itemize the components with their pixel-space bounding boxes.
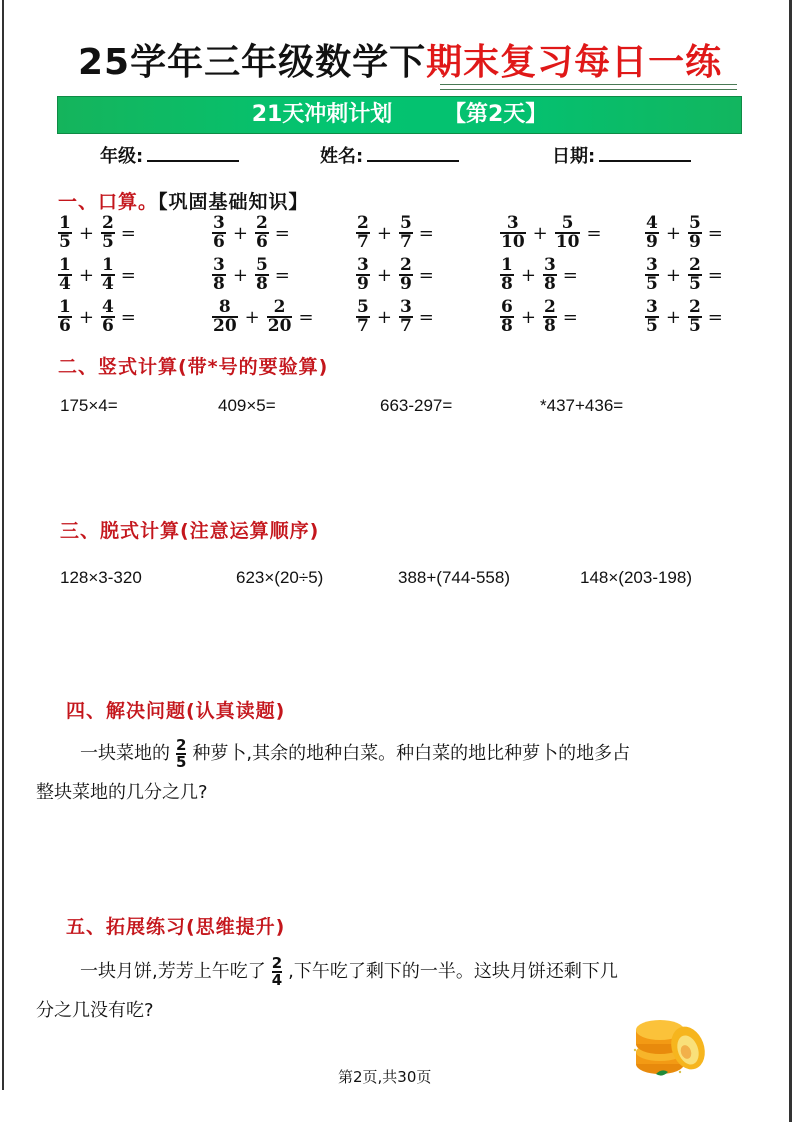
grade-label: 年级:: [100, 146, 143, 167]
fraction-addition: 35+25=: [645, 254, 723, 296]
plus-sign: +: [521, 265, 536, 286]
plus-sign: +: [79, 307, 94, 328]
equals-sign: =: [121, 265, 136, 286]
banner-day-label: 【第2天】: [444, 102, 547, 127]
fraction-numerator: 3: [645, 299, 659, 316]
fraction: 310: [500, 215, 526, 251]
fraction-denominator: 5: [176, 755, 186, 770]
plan-banner: 21天冲刺计划 【第2天】: [57, 96, 742, 134]
problem-5-fraction: 24: [272, 956, 282, 988]
fraction-numerator: 2: [399, 257, 413, 274]
fraction-numerator: 2: [688, 299, 702, 316]
section-1-title: 一、口算。【巩固基础知识】: [58, 187, 309, 214]
fraction-numerator: 1: [58, 215, 72, 232]
fraction: 25: [101, 215, 115, 251]
date-blank[interactable]: [599, 142, 691, 162]
mooncake-icon: [630, 1012, 720, 1092]
vertical-calc-item: *437+436=: [540, 396, 623, 416]
section-1-heading: 一、口算。: [58, 191, 158, 213]
step-calc-item: 148×(203-198): [580, 568, 692, 588]
fraction-addition: 49+59=: [645, 212, 723, 254]
fraction-numerator: 2: [543, 299, 557, 316]
fraction: 46: [101, 299, 115, 335]
problem-4-text-part2: 种萝卜,其余的地种白菜。种白菜的地比种萝卜的地多占: [192, 743, 630, 764]
oral-calc-row: 16+46=820+220=57+37=68+28=35+25=: [0, 296, 793, 338]
equals-sign: =: [121, 307, 136, 328]
plus-sign: +: [245, 307, 260, 328]
fraction-denominator: 4: [272, 973, 282, 988]
fraction: 16: [58, 299, 72, 335]
fraction-numerator: 6: [500, 299, 514, 316]
fraction-addition: 36+26=: [212, 212, 290, 254]
fraction: 39: [356, 257, 370, 293]
fraction-numerator: 1: [58, 299, 72, 316]
fraction: 49: [645, 215, 659, 251]
equals-sign: =: [708, 265, 723, 286]
fraction-numerator: 5: [255, 257, 269, 274]
fraction: 26: [255, 215, 269, 251]
fraction-numerator: 2: [176, 738, 186, 753]
fraction-numerator: 3: [212, 215, 226, 232]
problem-4-text-line2: 整块菜地的几分之几?: [36, 780, 746, 806]
fraction-denominator: 7: [356, 234, 370, 251]
plus-sign: +: [79, 265, 94, 286]
equals-sign: =: [586, 223, 601, 244]
equals-sign: =: [419, 307, 434, 328]
fraction-addition: 820+220=: [212, 296, 314, 338]
problem-4-fraction: 25: [176, 738, 186, 770]
equals-sign: =: [275, 265, 290, 286]
fraction: 14: [58, 257, 72, 293]
fraction: 28: [543, 299, 557, 335]
fraction-numerator: 3: [212, 257, 226, 274]
fraction-denominator: 8: [255, 276, 269, 293]
fraction-numerator: 1: [500, 257, 514, 274]
fraction: 25: [688, 299, 702, 335]
fraction-denominator: 6: [101, 318, 115, 335]
equals-sign: =: [563, 307, 578, 328]
fraction-numerator: 4: [101, 299, 115, 316]
page-title: 25学年三年级数学下期末复习每日一练: [78, 38, 722, 88]
problem-5-text-part2: ,下午吃了剩下的一半。这块月饼还剩下几: [288, 961, 618, 982]
fraction-numerator: 2: [255, 215, 269, 232]
fraction-numerator: 2: [101, 215, 115, 232]
fraction-numerator: 5: [356, 299, 370, 316]
oral-calc-row: 14+14=38+58=39+29=18+38=35+25=: [0, 254, 793, 296]
fraction: 35: [645, 299, 659, 335]
fraction-numerator: 8: [218, 299, 232, 316]
fraction-denominator: 6: [212, 234, 226, 251]
grade-field[interactable]: 年级:: [100, 142, 239, 168]
problem-5-text: 一块月饼,芳芳上午吃了24,下午吃了剩下的一半。这块月饼还剩下几: [36, 956, 746, 988]
problem-4-text: 一块菜地的25种萝卜,其余的地种白菜。种白菜的地比种萝卜的地多占: [36, 738, 746, 770]
page-number: 第2页,共30页: [338, 1066, 431, 1087]
fraction-denominator: 6: [255, 234, 269, 251]
fraction: 68: [500, 299, 514, 335]
fraction: 29: [399, 257, 413, 293]
fraction-denominator: 8: [212, 276, 226, 293]
fraction-addition: 27+57=: [356, 212, 434, 254]
fraction-numerator: 3: [399, 299, 413, 316]
step-calc-row: 128×3-320 623×(20÷5) 388+(744-558) 148×(…: [0, 568, 793, 594]
plus-sign: +: [666, 223, 681, 244]
plus-sign: +: [233, 223, 248, 244]
plus-sign: +: [533, 223, 548, 244]
fraction: 38: [543, 257, 557, 293]
section-1-subheading: 【巩固基础知识】: [158, 191, 309, 213]
fraction-denominator: 9: [645, 234, 659, 251]
title-main: 25学年三年级数学下: [78, 42, 426, 83]
fraction-addition: 39+29=: [356, 254, 434, 296]
section-2-title: 二、竖式计算(带*号的要验算): [58, 352, 328, 379]
fraction-numerator: 5: [688, 215, 702, 232]
fraction-denominator: 8: [500, 318, 514, 335]
equals-sign: =: [275, 223, 290, 244]
fraction-denominator: 10: [500, 234, 526, 251]
plus-sign: +: [666, 265, 681, 286]
fraction-numerator: 3: [543, 257, 557, 274]
fraction-denominator: 8: [500, 276, 514, 293]
plus-sign: +: [79, 223, 94, 244]
equals-sign: =: [419, 265, 434, 286]
title-underline: [440, 84, 737, 90]
fraction-numerator: 3: [356, 257, 370, 274]
fraction: 36: [212, 215, 226, 251]
equals-sign: =: [419, 223, 434, 244]
fraction-denominator: 8: [543, 276, 557, 293]
fraction-numerator: 1: [101, 257, 115, 274]
fraction-denominator: 4: [58, 276, 72, 293]
fraction-denominator: 5: [645, 318, 659, 335]
fraction-numerator: 2: [356, 215, 370, 232]
fraction: 57: [399, 215, 413, 251]
fraction-addition: 15+25=: [58, 212, 136, 254]
fraction: 18: [500, 257, 514, 293]
vertical-calc-row: 175×4= 409×5= 663-297= *437+436=: [0, 396, 793, 422]
fraction-numerator: 3: [645, 257, 659, 274]
step-calc-item: 623×(20÷5): [236, 568, 323, 588]
section-3-title: 三、脱式计算(注意运算顺序): [60, 516, 319, 543]
fraction: 37: [399, 299, 413, 335]
equals-sign: =: [121, 223, 136, 244]
fraction: 25: [688, 257, 702, 293]
fraction: 58: [255, 257, 269, 293]
section-5-title: 五、拓展练习(思维提升): [66, 912, 285, 939]
fraction-addition: 310+510=: [500, 212, 602, 254]
fraction: 14: [101, 257, 115, 293]
date-field[interactable]: 日期:: [552, 142, 691, 168]
fraction-addition: 14+14=: [58, 254, 136, 296]
fraction-denominator: 6: [58, 318, 72, 335]
fraction-addition: 38+58=: [212, 254, 290, 296]
fraction-addition: 57+37=: [356, 296, 434, 338]
fraction: 510: [555, 215, 581, 251]
grade-blank[interactable]: [147, 142, 239, 162]
problem-5-text-part1: 一块月饼,芳芳上午吃了: [80, 961, 266, 982]
title-highlight: 期末复习每日一练: [426, 42, 722, 83]
vertical-calc-item: 663-297=: [380, 396, 452, 416]
student-info-row: 年级: 姓名: 日期:: [0, 142, 793, 172]
fraction-denominator: 5: [101, 234, 115, 251]
fraction: 57: [356, 299, 370, 335]
fraction-denominator: 9: [688, 234, 702, 251]
fraction-denominator: 10: [555, 234, 581, 251]
plus-sign: +: [666, 307, 681, 328]
fraction-denominator: 7: [399, 318, 413, 335]
fraction-numerator: 2: [688, 257, 702, 274]
equals-sign: =: [298, 307, 313, 328]
fraction-denominator: 4: [101, 276, 115, 293]
name-blank[interactable]: [367, 142, 459, 162]
fraction-numerator: 3: [506, 215, 520, 232]
fraction-denominator: 7: [399, 234, 413, 251]
fraction-numerator: 1: [58, 257, 72, 274]
equals-sign: =: [563, 265, 578, 286]
fraction: 38: [212, 257, 226, 293]
plus-sign: +: [377, 307, 392, 328]
plus-sign: +: [521, 307, 536, 328]
problem-4-text-part1: 一块菜地的: [80, 743, 170, 764]
banner-plan-label: 21天冲刺计划: [252, 102, 393, 127]
fraction-denominator: 7: [356, 318, 370, 335]
fraction-addition: 18+38=: [500, 254, 578, 296]
plus-sign: +: [233, 265, 248, 286]
name-label: 姓名:: [320, 146, 363, 167]
fraction-numerator: 4: [645, 215, 659, 232]
fraction-denominator: 5: [58, 234, 72, 251]
fraction-numerator: 5: [399, 215, 413, 232]
vertical-calc-item: 409×5=: [218, 396, 276, 416]
fraction: 220: [267, 299, 293, 335]
fraction-addition: 35+25=: [645, 296, 723, 338]
fraction-denominator: 20: [212, 318, 238, 335]
fraction-denominator: 8: [543, 318, 557, 335]
fraction-numerator: 2: [272, 956, 282, 971]
step-calc-item: 388+(744-558): [398, 568, 510, 588]
fraction-denominator: 5: [645, 276, 659, 293]
equals-sign: =: [708, 223, 723, 244]
fraction-denominator: 20: [267, 318, 293, 335]
fraction: 27: [356, 215, 370, 251]
fraction-addition: 16+46=: [58, 296, 136, 338]
plus-sign: +: [377, 265, 392, 286]
fraction: 59: [688, 215, 702, 251]
fraction-numerator: 2: [273, 299, 287, 316]
fraction-numerator: 5: [561, 215, 575, 232]
fraction: 820: [212, 299, 238, 335]
fraction: 35: [645, 257, 659, 293]
vertical-calc-item: 175×4=: [60, 396, 118, 416]
section-4-title: 四、解决问题(认真读题): [66, 696, 285, 723]
equals-sign: =: [708, 307, 723, 328]
fraction-denominator: 9: [356, 276, 370, 293]
date-label: 日期:: [552, 146, 595, 167]
name-field[interactable]: 姓名:: [320, 142, 459, 168]
fraction-denominator: 5: [688, 276, 702, 293]
fraction-denominator: 9: [399, 276, 413, 293]
plus-sign: +: [377, 223, 392, 244]
step-calc-item: 128×3-320: [60, 568, 142, 588]
oral-calc-row: 15+25=36+26=27+57=310+510=49+59=: [0, 212, 793, 254]
fraction: 15: [58, 215, 72, 251]
fraction-denominator: 5: [688, 318, 702, 335]
fraction-addition: 68+28=: [500, 296, 578, 338]
